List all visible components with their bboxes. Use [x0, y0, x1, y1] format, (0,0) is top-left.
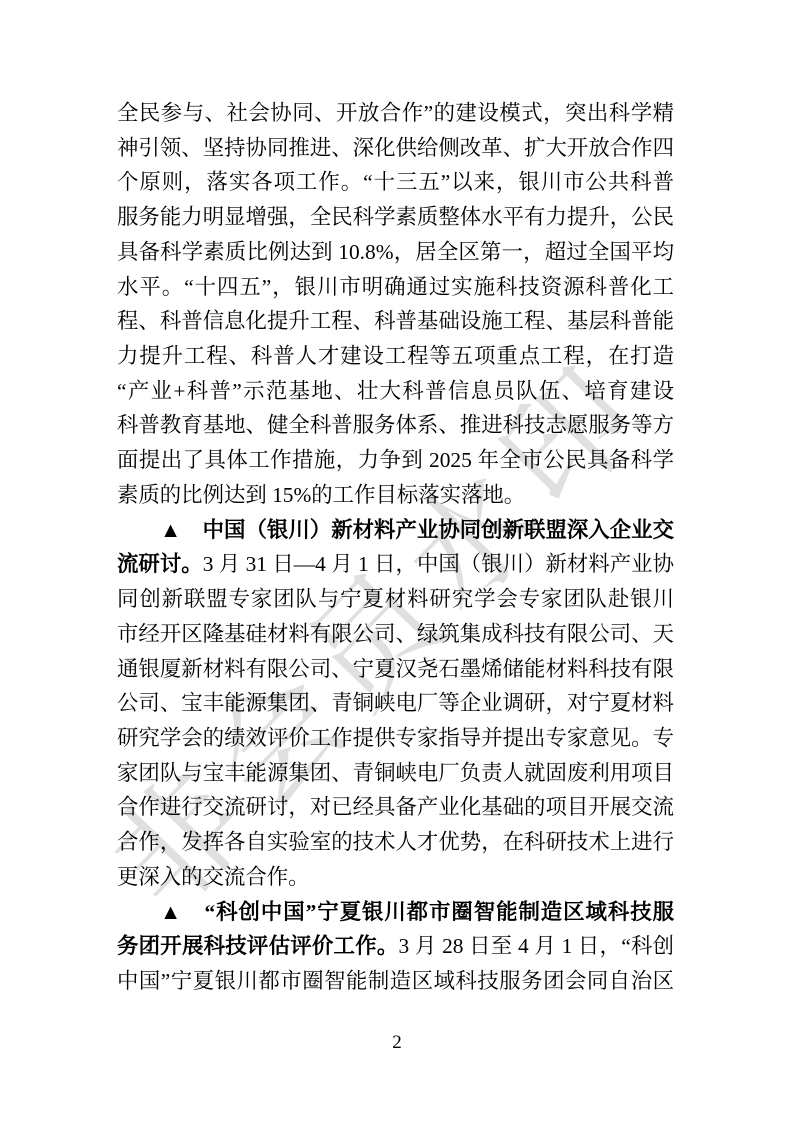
text-line: ▲ 中国（银川）新材料产业协同创新联盟深入企业交 [117, 513, 674, 548]
text-line: 力提升工程、科普人才建设工程等五项重点工程，在打造 [117, 339, 674, 374]
text-line: 研究学会的绩效评价工作提供专家指导并提出专家意见。专 [117, 721, 674, 756]
text-line: 水平。“十四五”，银川市明确通过实施科技资源科普化工 [117, 270, 674, 305]
text-line: 中国”宁夏银川都市圈智能制造区域科技服务团会同自治区 [117, 964, 674, 999]
body-text-segment: 神引领、坚持协同推进、深化供给侧改革、扩大开放合作四 [117, 136, 674, 160]
body-text-segment: 更深入的交流合作。 [117, 865, 310, 889]
body-text-segment: 科普教育基地、健全科普服务体系、推进科技志愿服务等方 [117, 413, 674, 437]
body-text-segment: 中国”宁夏银川都市圈智能制造区域科技服务团会同自治区 [117, 969, 674, 993]
text-line: 神引领、坚持协同推进、深化供给侧改革、扩大开放合作四 [117, 131, 674, 166]
body-text-segment: 研究学会的绩效评价工作提供专家指导并提出专家意见。专 [117, 726, 674, 750]
body-text-segment: 全民参与、社会协同、开放合作”的建设模式，突出科学精 [117, 101, 674, 125]
body-text-segment: 具备科学素质比例达到 10.8%，居全区第一，超过全国平均 [117, 240, 674, 264]
body-text-segment: 3 月 28 日至 4 月 1 日，“科创 [399, 934, 674, 958]
document-body: 全民参与、社会协同、开放合作”的建设模式，突出科学精神引领、坚持协同推进、深化供… [117, 96, 674, 999]
body-text-segment: 力提升工程、科普人才建设工程等五项重点工程，在打造 [117, 344, 674, 368]
text-line: “产业+科普”示范基地、壮大科普信息员队伍、培育建设 [117, 374, 674, 409]
text-line: 流研讨。3 月 31 日—4 月 1 日，中国（银川）新材料产业协 [117, 547, 674, 582]
body-text-segment: 3 月 31 日—4 月 1 日，中国（银川）新材料产业协 [203, 552, 674, 576]
body-text-segment: 家团队与宝丰能源集团、青铜峡电厂负责人就固废利用项目 [117, 761, 674, 785]
body-text-segment: 服务能力明显增强，全民科学素质整体水平有力提升，公民 [117, 205, 674, 229]
body-text-segment: 水平。“十四五”，银川市明确通过实施科技资源科普化工 [117, 275, 674, 299]
text-line: 科普教育基地、健全科普服务体系、推进科技志愿服务等方 [117, 408, 674, 443]
text-line: 个原则，落实各项工作。“十三五”以来，银川市公共科普 [117, 165, 674, 200]
text-line: 服务能力明显增强，全民科学素质整体水平有力提升，公民 [117, 200, 674, 235]
text-line: 通银厦新材料有限公司、宁夏汉尧石墨烯储能材料科技有限 [117, 652, 674, 687]
body-text-segment: 个原则，落实各项工作。“十三五”以来，银川市公共科普 [117, 170, 674, 194]
text-line: 更深入的交流合作。 [117, 860, 674, 895]
body-text-segment: 同创新联盟专家团队与宁夏材料研究学会专家团队赴银川 [117, 587, 674, 611]
body-text-segment: 通银厦新材料有限公司、宁夏汉尧石墨烯储能材料科技有限 [117, 657, 674, 681]
text-line: 合作进行交流研讨，对已经具备产业化基础的项目开展交流 [117, 790, 674, 825]
heading-text-segment: 务团开展科技评估评价工作。 [117, 934, 399, 958]
text-line: 务团开展科技评估评价工作。3 月 28 日至 4 月 1 日，“科创 [117, 929, 674, 964]
text-line: 公司、宝丰能源集团、青铜峡电厂等企业调研，对宁夏材料 [117, 686, 674, 721]
body-text-segment: 面提出了具体工作措施，力争到 2025 年全市公民具备科学 [117, 448, 674, 472]
body-text-segment: 素质的比例达到 15%的工作目标落实落地。 [117, 483, 525, 507]
text-line: 面提出了具体工作措施，力争到 2025 年全市公民具备科学 [117, 443, 674, 478]
text-line: 程、科普信息化提升工程、科普基础设施工程、基层科普能 [117, 304, 674, 339]
text-line: 家团队与宝丰能源集团、青铜峡电厂负责人就固废利用项目 [117, 756, 674, 791]
body-text-segment: 市经开区隆基硅材料有限公司、绿筑集成科技有限公司、天 [117, 622, 674, 646]
body-text-segment: 合作，发挥各自实验室的技术人才优势，在科研技术上进行 [117, 830, 674, 854]
text-line: ▲ “科创中国”宁夏银川都市圈智能制造区域科技服 [117, 895, 674, 930]
heading-text-segment: ▲ “科创中国”宁夏银川都市圈智能制造区域科技服 [160, 900, 674, 924]
text-line: 同创新联盟专家团队与宁夏材料研究学会专家团队赴银川 [117, 582, 674, 617]
page-number: 2 [0, 1032, 794, 1054]
body-text-segment: 合作进行交流研讨，对已经具备产业化基础的项目开展交流 [117, 795, 674, 819]
text-line: 具备科学素质比例达到 10.8%，居全区第一，超过全国平均 [117, 235, 674, 270]
body-text-segment: “产业+科普”示范基地、壮大科普信息员队伍、培育建设 [117, 379, 674, 403]
body-text-segment: 公司、宝丰能源集团、青铜峡电厂等企业调研，对宁夏材料 [117, 691, 674, 715]
body-text-segment: 程、科普信息化提升工程、科普基础设施工程、基层科普能 [117, 309, 674, 333]
text-line: 市经开区隆基硅材料有限公司、绿筑集成科技有限公司、天 [117, 617, 674, 652]
document-page: 非会员水印 全民参与、社会协同、开放合作”的建设模式，突出科学精神引领、坚持协同… [0, 0, 794, 1123]
text-line: 合作，发挥各自实验室的技术人才优势，在科研技术上进行 [117, 825, 674, 860]
text-line: 全民参与、社会协同、开放合作”的建设模式，突出科学精 [117, 96, 674, 131]
heading-text-segment: ▲ 中国（银川）新材料产业协同创新联盟深入企业交 [160, 518, 674, 542]
text-line: 素质的比例达到 15%的工作目标落实落地。 [117, 478, 674, 513]
heading-text-segment: 流研讨。 [117, 552, 203, 576]
